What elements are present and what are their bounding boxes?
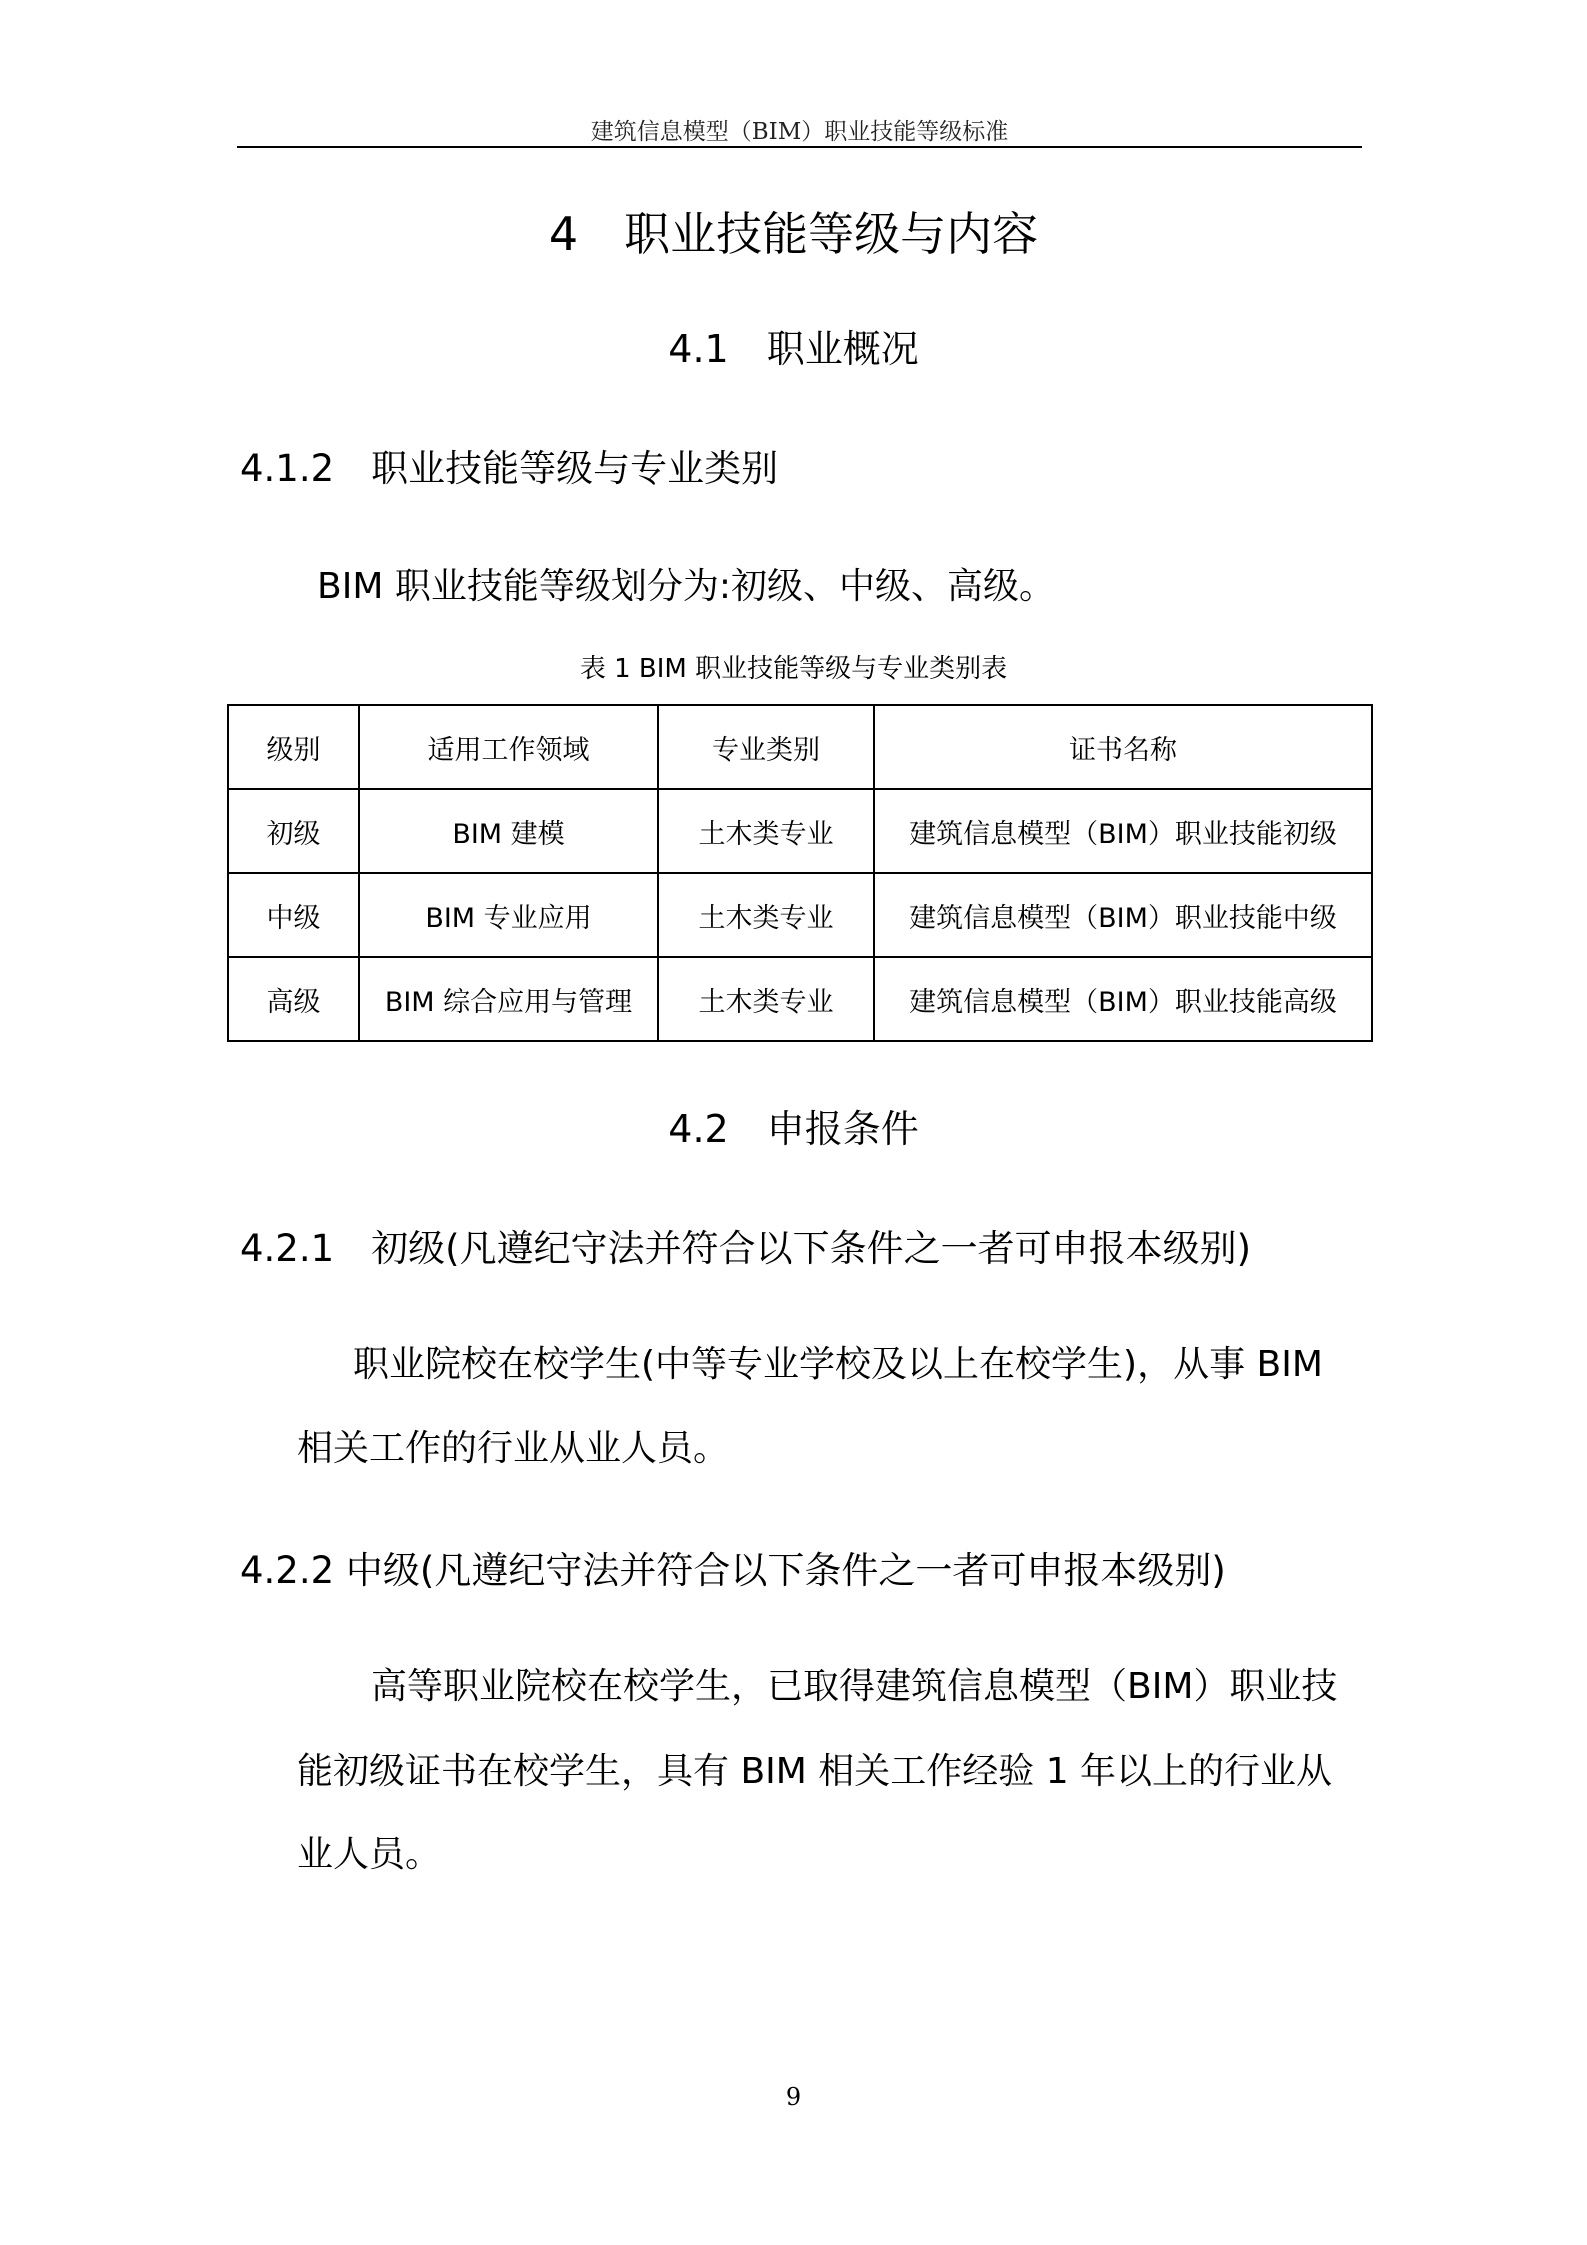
section-title-4-2: 4.2 申报条件: [0, 1098, 1587, 1153]
paragraph-4-2-1-line: 相关工作的行业从业人员。: [297, 1420, 729, 1471]
section-title-4-2-2: 4.2.2 中级(凡遵纪守法并符合以下条件之一者可申报本级别): [240, 1540, 1226, 1594]
table-cell: 建筑信息模型（BIM）职业技能高级: [874, 957, 1372, 1041]
levels-table: 级别 适用工作领域 专业类别 证书名称 初级 BIM 建模 土木类专业 建筑信息…: [227, 704, 1373, 1042]
table-row: 初级 BIM 建模 土木类专业 建筑信息模型（BIM）职业技能初级: [228, 789, 1372, 873]
header-cell: 专业类别: [658, 705, 874, 789]
table-cell: 土木类专业: [658, 873, 874, 957]
table-row: 高级 BIM 综合应用与管理 土木类专业 建筑信息模型（BIM）职业技能高级: [228, 957, 1372, 1041]
table-cell: 高级: [228, 957, 359, 1041]
table-caption: 表 1 BIM 职业技能等级与专业类别表: [0, 648, 1587, 685]
table-cell: 中级: [228, 873, 359, 957]
table-row: 中级 BIM 专业应用 土木类专业 建筑信息模型（BIM）职业技能中级: [228, 873, 1372, 957]
paragraph-4-2-2-line: 业人员。: [297, 1826, 441, 1877]
header-cell: 证书名称: [874, 705, 1372, 789]
section-title-4-2-1: 4.2.1 初级(凡遵纪守法并符合以下条件之一者可申报本级别): [240, 1218, 1251, 1272]
running-header: 建筑信息模型（BIM）职业技能等级标准: [237, 113, 1362, 146]
paragraph-4-2-2-line: 能初级证书在校学生，具有 BIM 相关工作经验 1 年以上的行业从: [297, 1743, 1332, 1794]
levels-paragraph: BIM 职业技能等级划分为:初级、中级、高级。: [317, 558, 1055, 609]
table-cell: 土木类专业: [658, 957, 874, 1041]
section-title-4-1: 4.1 职业概况: [0, 318, 1587, 373]
section-title-4-1-2: 4.1.2 职业技能等级与专业类别: [240, 438, 778, 492]
header-rule: [237, 146, 1362, 148]
header-cell: 级别: [228, 705, 359, 789]
page-number: 9: [0, 2083, 1587, 2111]
table-cell: BIM 专业应用: [359, 873, 658, 957]
table-cell: 土木类专业: [658, 789, 874, 873]
table-cell: 初级: [228, 789, 359, 873]
paragraph-4-2-1-line: 职业院校在校学生(中等专业学校及以上在校学生)，从事 BIM: [353, 1336, 1323, 1387]
table-cell: 建筑信息模型（BIM）职业技能初级: [874, 789, 1372, 873]
table-cell: 建筑信息模型（BIM）职业技能中级: [874, 873, 1372, 957]
header-cell: 适用工作领域: [359, 705, 658, 789]
chapter-title: 4 职业技能等级与内容: [0, 198, 1587, 264]
table-cell: BIM 建模: [359, 789, 658, 873]
table-cell: BIM 综合应用与管理: [359, 957, 658, 1041]
table-header-row: 级别 适用工作领域 专业类别 证书名称: [228, 705, 1372, 789]
paragraph-4-2-2-line: 高等职业院校在校学生，已取得建筑信息模型（BIM）职业技: [371, 1658, 1337, 1709]
